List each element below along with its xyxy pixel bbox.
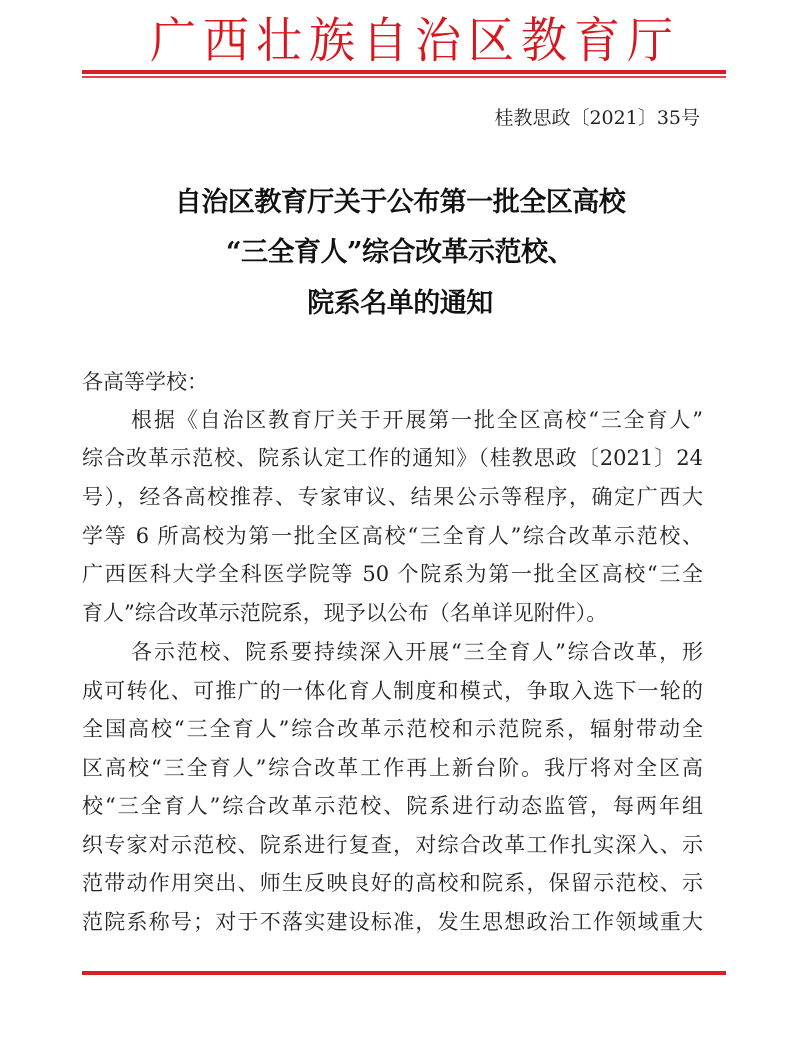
paragraph-2-line: 校“三全育人”综合改革示范校、院系进行动态监管，每两年组 (82, 787, 703, 825)
paragraph-1-line: 号），经各高校推荐、专家审议、结果公示等程序，确定广西大 (82, 478, 703, 516)
salutation: 各高等学校： (82, 363, 703, 401)
paragraph-2-line: 各示范校、院系要持续深入开展“三全育人”综合改革，形 (131, 633, 703, 671)
paragraph-1-line: 广西医科大学全科医学院等 50 个院系为第一批全区高校“三全 (82, 555, 703, 593)
footer-rule (82, 971, 726, 975)
paragraph-1-line: 根据《自治区教育厅关于开展第一批全区高校“三全育人” (131, 401, 703, 439)
title-line-2: “三全育人”综合改革示范校、 (80, 228, 720, 278)
document-page: 广西壮族自治区教育厅 桂教思政〔2021〕35号 自治区教育厅关于公布第一批全区… (0, 0, 799, 1038)
paragraph-2-line: 织专家对示范校、院系进行复查，对综合改革工作扎实深入、示 (82, 826, 703, 864)
paragraph-2-line: 区高校“三全育人”综合改革工作再上新台阶。我厅将对全区高 (82, 749, 703, 787)
paragraph-1-line: 综合改革示范校、院系认定工作的通知》（桂教思政〔2021〕24 (82, 439, 703, 477)
paragraph-2-line: 成可转化、可推广的一体化育人制度和模式，争取入选下一轮的 (82, 672, 703, 710)
document-number: 桂教思政〔2021〕35号 (470, 104, 700, 132)
masthead-rule-thick (82, 70, 726, 74)
paragraph-2-line: 范院系称号；对于不落实建设标准，发生思想政治工作领域重大 (82, 903, 703, 941)
title-line-1: 自治区教育厅关于公布第一批全区高校 (80, 178, 720, 228)
paragraph-2-line: 范带动作用突出、师生反映良好的高校和院系，保留示范校、示 (82, 864, 703, 902)
paragraph-1-line: 育人”综合改革示范院系，现予以公布（名单详见附件）。 (82, 594, 703, 632)
masthead-org-name: 广西壮族自治区教育厅 (150, 9, 650, 72)
title-line-3: 院系名单的通知 (80, 279, 720, 329)
paragraph-1-line: 学等 6 所高校为第一批全区高校“三全育人”综合改革示范校、 (82, 517, 703, 555)
masthead-rule-thin (82, 76, 726, 78)
paragraph-2-line: 全国高校“三全育人”综合改革示范校和示范院系，辐射带动全 (82, 710, 703, 748)
